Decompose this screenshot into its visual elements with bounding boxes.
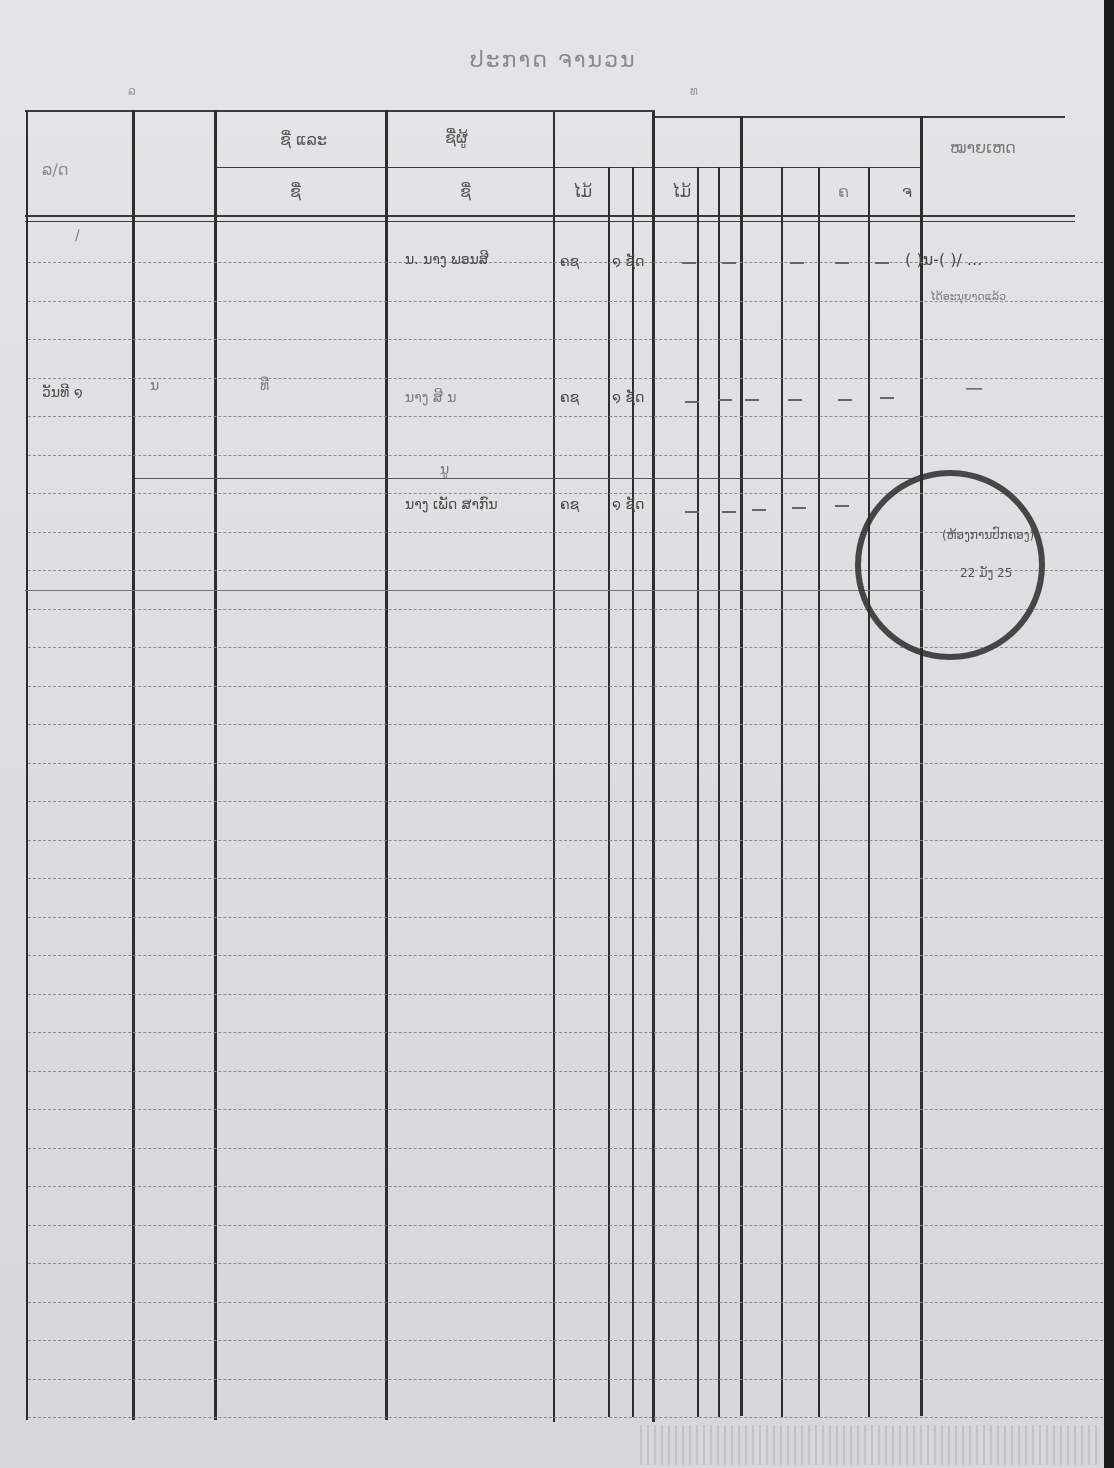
- ruled-line: [28, 878, 1103, 879]
- ruled-line: [28, 455, 1103, 456]
- ruled-line: [28, 840, 1103, 841]
- empty-mark: [835, 505, 849, 507]
- stamp-date: 22 ມັງ 25: [960, 566, 1012, 580]
- row-remark-note: ໄດ້ອະນຸຍາດແລ້ວ: [930, 290, 1006, 303]
- empty-mark: [685, 511, 699, 513]
- column-line: [214, 110, 217, 1420]
- ruled-line: [28, 994, 1103, 995]
- empty-mark: [790, 262, 804, 264]
- ruled-line: [28, 1071, 1103, 1072]
- scan-edge: [1104, 0, 1114, 1468]
- row-name: ນາງ ເພັດ ສາກົນ: [405, 497, 498, 513]
- header-sub-cell: ໄມ້: [573, 182, 592, 201]
- row-date: ວັນທີ ໑: [42, 385, 83, 401]
- column-line: [132, 110, 135, 1420]
- column-line: [26, 110, 28, 1420]
- header-sub-cell: ຊື່: [460, 182, 471, 201]
- table-top-border: [655, 116, 1065, 118]
- column-line: [385, 110, 388, 1420]
- ruled-line: [28, 1109, 1103, 1110]
- header-sub-cell: ຈ: [902, 182, 912, 201]
- row-divider: [135, 478, 915, 479]
- header-cell: ຊື່ ແລະ: [280, 130, 327, 149]
- header-bottom-border: [25, 215, 1075, 217]
- header-bottom-border: [25, 221, 1075, 222]
- empty-mark: [788, 399, 802, 401]
- empty-mark: [835, 262, 849, 264]
- stamp-label: (ຫ້ອງການປົກຄອງ): [942, 528, 1034, 542]
- empty-mark: [722, 511, 736, 513]
- header-divider: [215, 167, 920, 168]
- row-remark: —: [965, 378, 983, 399]
- page-title: ປະກາດ ຈານວນ: [470, 48, 637, 73]
- empty-mark: [685, 401, 699, 403]
- official-stamp: [855, 470, 1045, 660]
- ruled-line: [28, 1032, 1103, 1033]
- row-remark: ( )ນ-( )/ ...: [905, 250, 982, 269]
- empty-mark: [875, 262, 889, 264]
- ruled-line: [28, 686, 1103, 687]
- row-qty: ໑ ຊັດ: [612, 497, 644, 513]
- ruled-line: [28, 1186, 1103, 1187]
- ruled-line: [28, 1263, 1103, 1264]
- ruled-line: [28, 1417, 1103, 1418]
- ruled-line: [28, 724, 1103, 725]
- row-cell: ນ: [150, 378, 159, 394]
- row-unit: ຄຊ: [560, 497, 579, 513]
- row-name: ນາງ ສີ ນ: [405, 390, 457, 406]
- column-line: [697, 167, 699, 1417]
- column-line: [718, 167, 720, 1417]
- empty-mark: [718, 399, 732, 401]
- column-line: [818, 167, 820, 1417]
- ruled-line: [28, 1340, 1103, 1341]
- top-mark: ທ: [690, 84, 698, 98]
- ruled-line: [28, 955, 1103, 956]
- column-line: [608, 167, 610, 1417]
- column-line: [632, 167, 634, 1417]
- ruled-line: [28, 1225, 1103, 1226]
- top-mark: ລ: [128, 84, 136, 98]
- row-qty: ໑ ຊັດ: [612, 254, 644, 270]
- row-divider: [25, 590, 925, 591]
- row-unit: ຄຊ: [560, 254, 579, 270]
- column-line: [740, 116, 743, 1416]
- ruled-line: [28, 763, 1103, 764]
- empty-mark: [745, 399, 759, 401]
- empty-mark: [792, 507, 806, 509]
- header-sub-cell: ໄມ້: [672, 182, 691, 201]
- ruled-line: [28, 378, 1103, 379]
- row-cell: ທີ: [260, 378, 269, 394]
- ruled-line: [28, 339, 1103, 340]
- row-mark: /: [75, 228, 80, 244]
- header-remarks: ໝາຍເຫດ: [950, 138, 1016, 157]
- ruled-line: [28, 1148, 1103, 1149]
- empty-mark: [752, 509, 766, 511]
- ruled-line: [28, 1379, 1103, 1380]
- row-name-annotation: ນູ: [440, 462, 449, 478]
- empty-mark: [682, 262, 696, 264]
- column-line: [781, 167, 783, 1417]
- column-line: [920, 116, 923, 1416]
- row-name: ນ. ນາງ ພອນສີ: [405, 252, 489, 268]
- empty-mark: [880, 397, 894, 399]
- row-unit: ຄຊ: [560, 390, 579, 406]
- ruled-line: [28, 801, 1103, 802]
- ruled-line: [28, 1302, 1103, 1303]
- table-top-border: [25, 110, 655, 112]
- header-cell: ຊື່ຜູ້: [445, 128, 468, 147]
- scan-artifact: [640, 1425, 1100, 1465]
- column-line: [868, 167, 870, 1417]
- empty-mark: [722, 262, 736, 264]
- header-sub-cell: ຄ: [838, 182, 849, 201]
- row-qty: ໑ ຊັດ: [612, 390, 644, 406]
- ruled-line: [28, 416, 1103, 417]
- ruled-line: [28, 917, 1103, 918]
- empty-mark: [838, 399, 852, 401]
- header-sub-cell: ຊື່: [290, 182, 301, 201]
- header-cell: ລ/ດ: [42, 160, 69, 179]
